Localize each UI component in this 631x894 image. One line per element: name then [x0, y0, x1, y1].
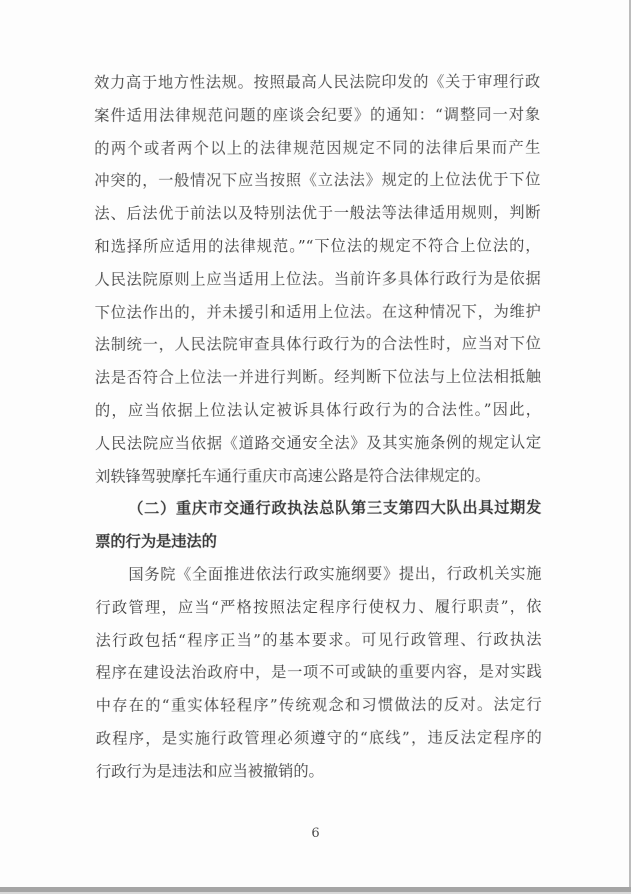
section-heading-line: 票的行为是违法的 — [95, 525, 541, 559]
body-line: 法行政包括“程序正当”的基本要求。可见行政管理、行政执法 — [96, 623, 542, 657]
body-line: 下位法作出的，并未援引和适用上位法。在这种情况下，为维护 — [95, 295, 541, 329]
body-line: 国务院《全面推进依法行政实施纲要》提出，行政机关实施 — [95, 557, 541, 591]
body-line: 中存在的“重实体轻程序”传统观念和习惯做法的反对。法定行 — [96, 689, 542, 723]
page-number: 6 — [0, 826, 631, 841]
body-line: 刘轶锋驾驶摩托车通行重庆市高速公路是符合法律规定的。 — [95, 459, 541, 493]
section-heading-line: （二）重庆市交通行政执法总队第三支第四大队出具过期发 — [95, 492, 541, 526]
document-body: 效力高于地方性法规。按照最高人民法院印发的《关于审理行政 案件适用法律规范问题的… — [94, 65, 542, 788]
body-line: 冲突的，一般情况下应当按照《立法法》规定的上位法优于下位 — [94, 164, 540, 198]
body-line: 效力高于地方性法规。按照最高人民法院印发的《关于审理行政 — [94, 65, 540, 99]
body-line: 政程序，是实施行政管理必须遵守的“底线”，违反法定程序的 — [96, 721, 542, 755]
body-line: 行政行为是违法和应当被撤销的。 — [96, 754, 542, 788]
body-line: 的，应当依据上位法认定被诉具体行政行为的合法性。”因此， — [95, 393, 541, 427]
body-line: 人民法院原则上应当适用上位法。当前许多具体行政行为是依据 — [95, 262, 541, 296]
body-line: 法是否符合上位法一并进行判断。经判断下位法与上位法相抵触 — [95, 361, 541, 395]
body-line: 程序在建设法治政府中，是一项不可或缺的重要内容，是对实践 — [96, 656, 542, 690]
body-line: 案件适用法律规范问题的座谈会纪要》的通知：“调整同一对象 — [94, 98, 540, 132]
body-line: 行政管理，应当“严格按照法定程序行使权力、履行职责”，依 — [95, 590, 541, 624]
body-line: 法制统一，人民法院审查具体行政行为的合法性时，应当对下位 — [95, 328, 541, 362]
body-line: 人民法院应当依据《道路交通安全法》及其实施条例的规定认定 — [95, 426, 541, 460]
scanned-document-page: 效力高于地方性法规。按照最高人民法院印发的《关于审理行政 案件适用法律规范问题的… — [0, 0, 631, 894]
body-line: 的两个或者两个以上的法律规范因规定不同的法律后果而产生 — [94, 131, 540, 165]
body-line: 法、后法优于前法以及特别法优于一般法等法律适用规则，判断 — [94, 197, 540, 231]
body-line: 和选择所应适用的法律规范。”“下位法的规定不符合上位法的， — [94, 229, 540, 263]
